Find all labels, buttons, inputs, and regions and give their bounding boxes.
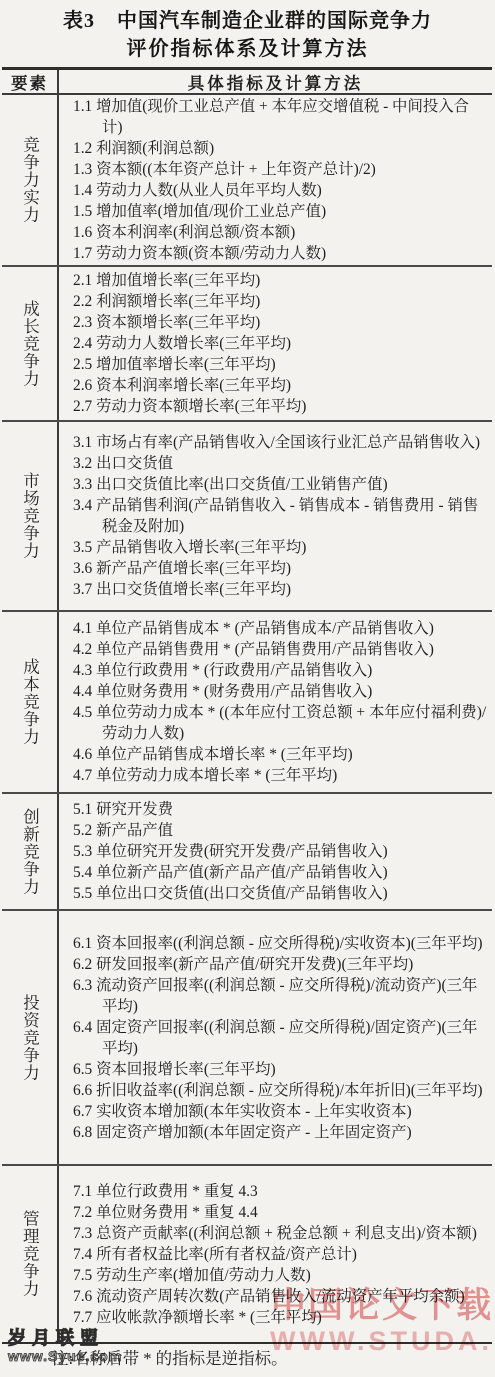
indicator-item: 4.7 单位劳动力成本增长率 * (三年平均) <box>73 765 488 786</box>
indicator-item: 4.1 单位产品销售成本 * (产品销售成本/产品销售收入) <box>73 618 488 639</box>
factor-cell: 创新竞争力 <box>2 794 59 909</box>
indicator-item: 2.1 增加值增长率(三年平均) <box>73 270 488 291</box>
header-cell-indicators: 具体指标及计算方法 <box>59 70 492 93</box>
table-row: 市场竞争力3.1 市场占有率(产品销售收入/全国该行业汇总产品销售收入)3.2 … <box>2 420 492 610</box>
indicator-item: 2.3 资本额增长率(三年平均) <box>73 312 488 333</box>
indicator-item: 1.2 利润额(利润总额) <box>73 138 488 159</box>
factor-cell: 管理竞争力 <box>2 1166 59 1342</box>
indicator-item: 6.2 研发回报率(新产品产值/研究开发费)(三年平均) <box>73 954 488 975</box>
indicator-item: 3.2 出口交货值 <box>73 453 488 474</box>
indicator-item: 7.2 单位财务费用 * 重复 4.4 <box>73 1202 488 1223</box>
indicator-list: 1.1 增加值(现价工业总产值 + 本年应交增值税 - 中间投入合计)1.2 利… <box>59 95 492 265</box>
indicator-item: 1.4 劳动力人数(从业人员年平均人数) <box>73 180 488 201</box>
factor-cell: 市场竞争力 <box>2 422 59 610</box>
indicator-item: 5.1 研究开发费 <box>73 799 488 820</box>
indicator-item: 4.3 单位行政费用 * (行政费用/产品销售收入) <box>73 660 488 681</box>
indicator-list: 4.1 单位产品销售成本 * (产品销售成本/产品销售收入)4.2 单位产品销售… <box>59 612 492 792</box>
indicator-item: 2.7 劳动力资本额增长率(三年平均) <box>73 396 488 417</box>
indicator-item: 6.6 折旧收益率((利润总额 - 应交所得税)/本年折旧)(三年平均) <box>73 1080 488 1101</box>
table-header-row: 要素 具体指标及计算方法 <box>2 70 492 95</box>
table-row: 创新竞争力5.1 研究开发费5.2 新产品产值5.3 单位研究开发费(研究开发费… <box>2 792 492 909</box>
indicator-list: 2.1 增加值增长率(三年平均)2.2 利润额增长率(三年平均)2.3 资本额增… <box>59 267 492 420</box>
indicator-list: 6.1 资本回报率((利润总额 - 应交所得税)/实收资本)(三年平均)6.2 … <box>59 911 492 1164</box>
indicator-item: 4.6 单位产品销售成本增长率 * (三年平均) <box>73 744 488 765</box>
doc-title-line2: 评价指标体系及计算方法 <box>0 35 495 63</box>
factor-cell: 成本竞争力 <box>2 612 59 792</box>
indicator-item: 4.5 单位劳动力成本 * ((本年应付工资总额 + 本年应付福利费)/劳动力人… <box>73 702 488 744</box>
indicator-item: 7.5 劳动生产率(增加值/劳动力人数) <box>73 1265 488 1286</box>
indicator-item: 2.2 利润额增长率(三年平均) <box>73 291 488 312</box>
header-cell-factor: 要素 <box>2 70 59 93</box>
indicator-item: 7.3 总资产贡献率((利润总额 + 税金总额 + 利息支出)/资本额) <box>73 1223 488 1244</box>
indicator-item: 2.5 增加值率增长率(三年平均) <box>73 354 488 375</box>
indicator-item: 7.1 单位行政费用 * 重复 4.3 <box>73 1181 488 1202</box>
indicator-item: 2.4 劳动力人数增长率(三年平均) <box>73 333 488 354</box>
indicator-item: 3.4 产品销售利润(产品销售收入 - 销售成本 - 销售费用 - 销售税金及附… <box>73 495 488 537</box>
indicator-table: 要素 具体指标及计算方法 竞争力实力1.1 增加值(现价工业总产值 + 本年应交… <box>2 67 492 1344</box>
table-number: 表3 <box>63 10 95 32</box>
indicator-item: 7.4 所有者权益比率(所有者权益/资产总计) <box>73 1244 488 1265</box>
indicator-item: 3.1 市场占有率(产品销售收入/全国该行业汇总产品销售收入) <box>73 432 488 453</box>
indicator-item: 2.6 资本利润率增长率(三年平均) <box>73 375 488 396</box>
indicator-item: 4.4 单位财务费用 * (财务费用/产品销售收入) <box>73 681 488 702</box>
indicator-item: 3.7 出口交货值增长率(三年平均) <box>73 579 488 600</box>
table-row: 竞争力实力1.1 增加值(现价工业总产值 + 本年应交增值税 - 中间投入合计)… <box>2 95 492 265</box>
indicator-item: 5.2 新产品产值 <box>73 820 488 841</box>
indicator-item: 1.7 劳动力资本额(资本额/劳动力人数) <box>73 243 488 264</box>
doc-title: 表3中国汽车制造企业群的国际竞争力 评价指标体系及计算方法 <box>0 0 495 63</box>
table-body: 竞争力实力1.1 增加值(现价工业总产值 + 本年应交增值税 - 中间投入合计)… <box>2 95 492 1342</box>
indicator-item: 6.3 流动资产回报率((利润总额 - 应交所得税)/流动资产)(三年平均) <box>73 975 488 1017</box>
indicator-item: 7.6 流动资产周转次数(产品销售收入/流动资产年平均余额) <box>73 1286 488 1307</box>
table-row: 管理竞争力7.1 单位行政费用 * 重复 4.37.2 单位财务费用 * 重复 … <box>2 1164 492 1342</box>
indicator-item: 5.3 单位研究开发费(研究开发费/产品销售收入) <box>73 841 488 862</box>
indicator-item: 6.7 实收资本增加额(本年实收资本 - 上年实收资本) <box>73 1101 488 1122</box>
factor-cell: 竞争力实力 <box>2 95 59 265</box>
indicator-item: 1.6 资本利润率(利润总额/资本额) <box>73 222 488 243</box>
indicator-item: 3.6 新产品产值增长率(三年平均) <box>73 558 488 579</box>
indicator-item: 3.5 产品销售收入增长率(三年平均) <box>73 537 488 558</box>
indicator-item: 1.1 增加值(现价工业总产值 + 本年应交增值税 - 中间投入合计) <box>73 96 488 138</box>
doc-title-line1: 表3中国汽车制造企业群的国际竞争力 <box>0 8 495 35</box>
title-text: 中国汽车制造企业群的国际竞争力 <box>117 10 432 32</box>
indicator-item: 6.8 固定资产增加额(本年固定资产 - 上年固定资产) <box>73 1122 488 1143</box>
table-row: 成本竞争力4.1 单位产品销售成本 * (产品销售成本/产品销售收入)4.2 单… <box>2 610 492 792</box>
indicator-item: 3.3 出口交货值比率(出口交货值/工业销售产值) <box>73 474 488 495</box>
table-row: 投资竞争力6.1 资本回报率((利润总额 - 应交所得税)/实收资本)(三年平均… <box>2 909 492 1164</box>
indicator-item: 6.4 固定资产回报率((利润总额 - 应交所得税)/固定资产)(三年平均) <box>73 1017 488 1059</box>
table-row: 成长竞争力2.1 增加值增长率(三年平均)2.2 利润额增长率(三年平均)2.3… <box>2 265 492 420</box>
factor-cell: 成长竞争力 <box>2 267 59 420</box>
scanned-document-page: 表3中国汽车制造企业群的国际竞争力 评价指标体系及计算方法 要素 具体指标及计算… <box>0 0 495 1377</box>
footnote: 注:名称后带 * 的指标是逆指标。 <box>52 1348 472 1370</box>
indicator-item: 1.5 增加值率(增加值/现价工业总产值) <box>73 201 488 222</box>
indicator-item: 5.4 单位新产品产值(新产品产值/产品销售收入) <box>73 862 488 883</box>
indicator-list: 3.1 市场占有率(产品销售收入/全国该行业汇总产品销售收入)3.2 出口交货值… <box>59 422 492 610</box>
factor-cell: 投资竞争力 <box>2 911 59 1164</box>
indicator-item: 5.5 单位出口交货值(出口交货值/产品销售收入) <box>73 883 488 904</box>
indicator-list: 7.1 单位行政费用 * 重复 4.37.2 单位财务费用 * 重复 4.47.… <box>59 1166 492 1342</box>
indicator-list: 5.1 研究开发费5.2 新产品产值5.3 单位研究开发费(研究开发费/产品销售… <box>59 794 492 909</box>
indicator-item: 6.1 资本回报率((利润总额 - 应交所得税)/实收资本)(三年平均) <box>73 933 488 954</box>
indicator-item: 4.2 单位产品销售费用 * (产品销售费用/产品销售收入) <box>73 639 488 660</box>
indicator-item: 1.3 资本额((本年资产总计 + 上年资产总计)/2) <box>73 159 488 180</box>
indicator-item: 6.5 资本回报增长率(三年平均) <box>73 1059 488 1080</box>
indicator-item: 7.7 应收帐款净额增长率 * (三年平均) <box>73 1307 488 1328</box>
